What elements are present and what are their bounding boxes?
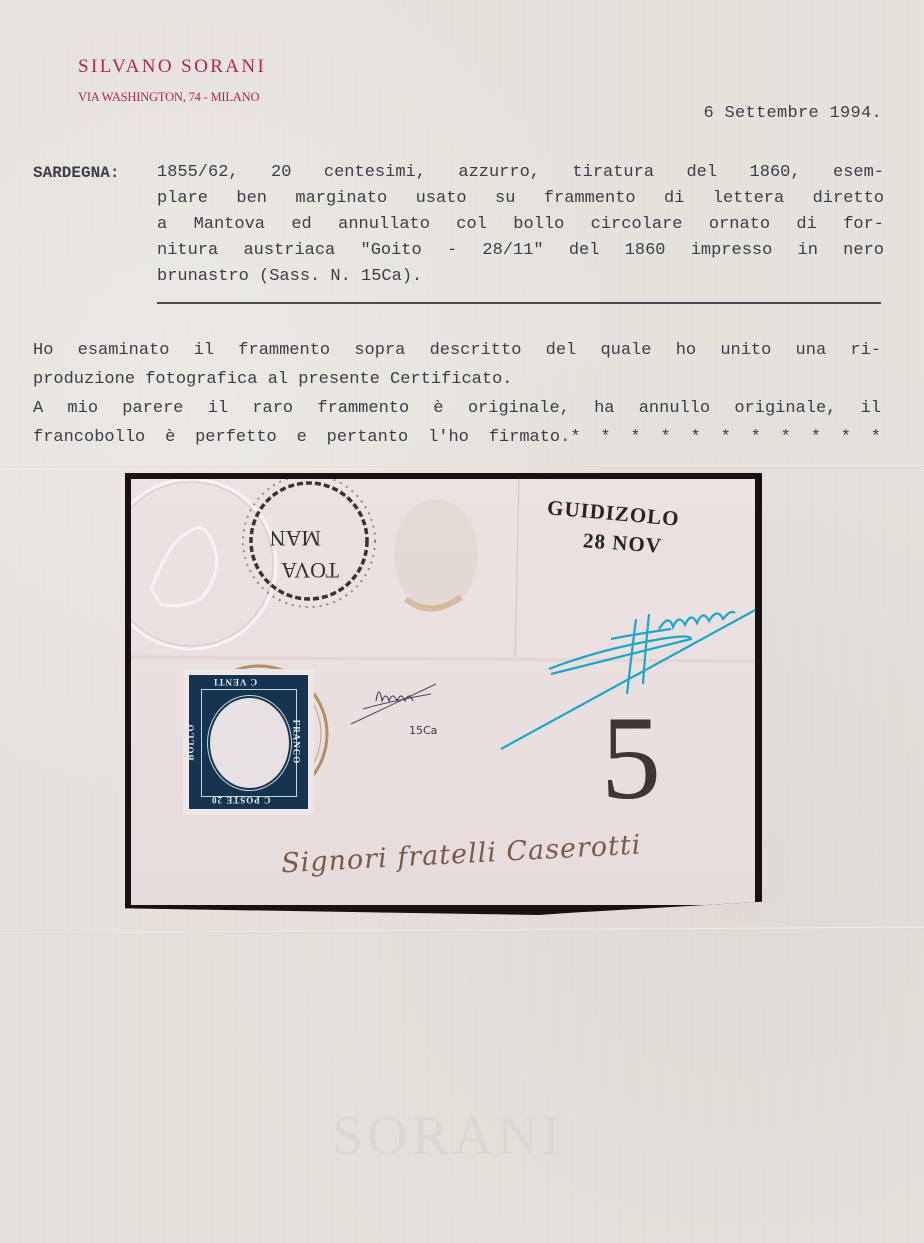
svg-text:MAN: MAN: [270, 526, 321, 551]
letter-fragment: MAN TOVA GUIDIZOLO 28 NOV 5: [131, 479, 755, 905]
country-label: SARDEGNA:: [33, 160, 119, 186]
statement-line: francobollo è perfetto e pertanto l'ho f…: [33, 423, 881, 452]
description-underline: [157, 302, 881, 304]
expert-address: VIA WASHINGTON, 74 - MILANO: [78, 90, 266, 105]
paper-fold-top: [0, 465, 924, 467]
stamp-bottom-text: C POSTE 20: [211, 795, 271, 805]
stamp-right-text: FRANCO: [291, 720, 301, 765]
mantova-postmark: MAN TOVA: [243, 479, 375, 607]
description-line: plare ben marginato usato su frammento d…: [157, 186, 884, 212]
statement-line: Ho esaminato il frammento sopra descritt…: [33, 336, 881, 365]
svg-text:TOVA: TOVA: [281, 558, 339, 583]
expert-statement: Ho esaminato il frammento sopra descritt…: [33, 336, 881, 452]
watermark: SORANI: [332, 1104, 564, 1168]
paper-fold-bottom: [0, 927, 924, 935]
cover-fragment-photo: MAN TOVA GUIDIZOLO 28 NOV 5: [125, 473, 762, 915]
stamp-cameo: [208, 696, 291, 790]
stamp-left-text: BOLLO: [186, 723, 196, 760]
tax-mark: 5: [601, 689, 661, 827]
postage-stamp: C VENTI C POSTE 20 BOLLO FRANCO: [188, 674, 309, 810]
statement-line: A mio parere il raro frammento è origina…: [33, 394, 881, 423]
certificate-date: 6 Settembre 1994.: [703, 104, 882, 123]
description-line: a Mantova ed annullato col bollo circola…: [157, 212, 884, 238]
description-line: 1855/62, 20 centesimi, azzurro, tiratura…: [157, 160, 884, 186]
statement-line: produzione fotografica al presente Certi…: [33, 365, 881, 394]
description-line: brunastro (Sass. N. 15Ca).: [157, 264, 884, 290]
description-line: nitura austriaca "Goito - 28/11" del 186…: [157, 238, 884, 264]
stamp-top-text: C VENTI: [213, 677, 257, 687]
pencil-catalog-note: 15Ca: [409, 724, 437, 737]
letterhead: SILVANO SORANI VIA WASHINGTON, 74 - MILA…: [78, 56, 266, 105]
expert-name: SILVANO SORANI: [78, 56, 266, 78]
